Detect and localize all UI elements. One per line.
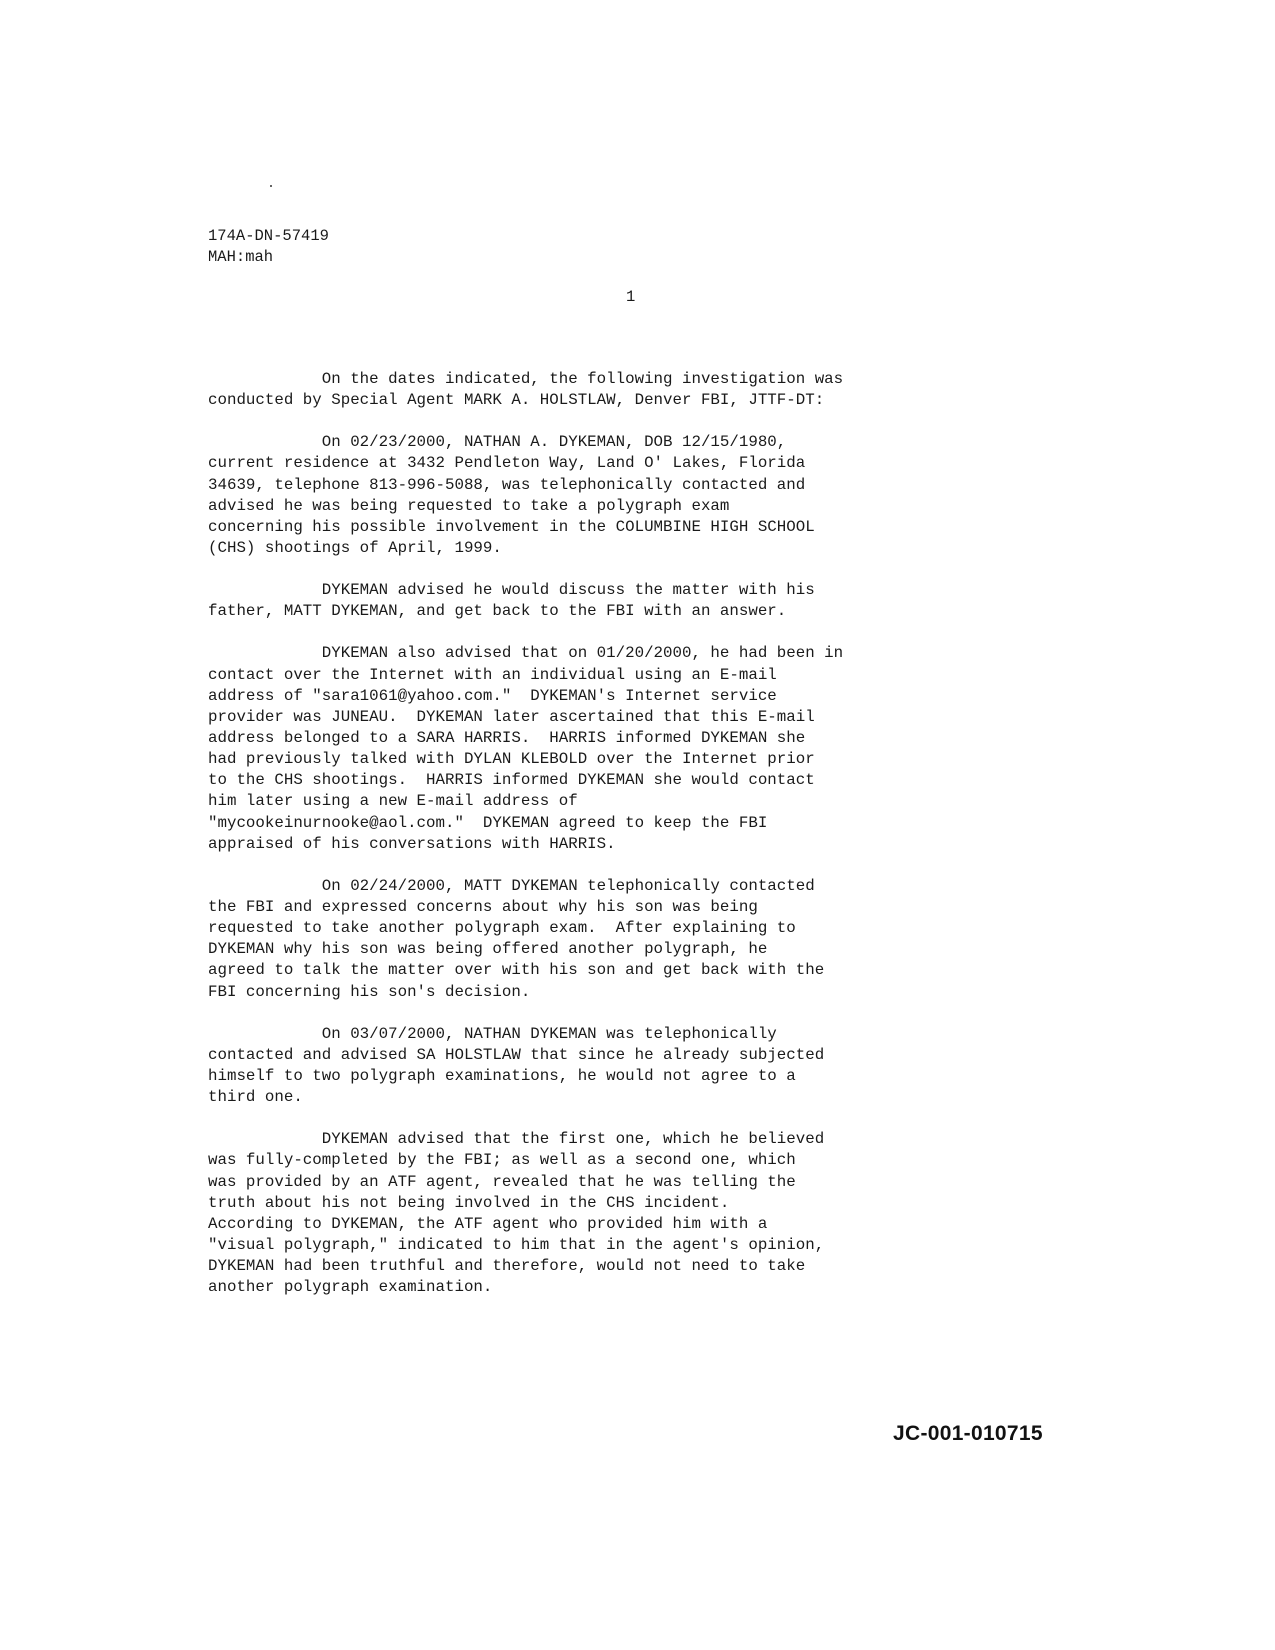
document-page: 174A-DN-57419 MAH:mah 1 On the dates ind… <box>0 0 1275 1650</box>
text-line: requested to take another polygraph exam… <box>208 918 1088 939</box>
text-line: father, MATT DYKEMAN, and get back to th… <box>208 601 1088 622</box>
paragraph: On 02/23/2000, NATHAN A. DYKEMAN, DOB 12… <box>208 432 1088 559</box>
paragraph: DYKEMAN advised that the first one, whic… <box>208 1129 1088 1298</box>
text-line: "mycookeinurnooke@aol.com." DYKEMAN agre… <box>208 813 1088 834</box>
text-line: agreed to talk the matter over with his … <box>208 960 1088 981</box>
text-line: conducted by Special Agent MARK A. HOLST… <box>208 390 1088 411</box>
text-line: third one. <box>208 1087 1088 1108</box>
text-line: According to DYKEMAN, the ATF agent who … <box>208 1214 1088 1235</box>
text-line: had previously talked with DYLAN KLEBOLD… <box>208 749 1088 770</box>
document-body: On the dates indicated, the following in… <box>208 369 1088 1319</box>
text-line: him later using a new E-mail address of <box>208 791 1088 812</box>
text-line: FBI concerning his son's decision. <box>208 982 1088 1003</box>
text-line: DYKEMAN had been truthful and therefore,… <box>208 1256 1088 1277</box>
text-line: was fully-completed by the FBI; as well … <box>208 1150 1088 1171</box>
page-number: 1 <box>626 288 635 306</box>
text-line: DYKEMAN also advised that on 01/20/2000,… <box>208 643 1088 664</box>
text-line: appraised of his conversations with HARR… <box>208 834 1088 855</box>
text-line: current residence at 3432 Pendleton Way,… <box>208 453 1088 474</box>
text-line: (CHS) shootings of April, 1999. <box>208 538 1088 559</box>
text-line: advised he was being requested to take a… <box>208 496 1088 517</box>
text-line: to the CHS shootings. HARRIS informed DY… <box>208 770 1088 791</box>
text-line: address of "sara1061@yahoo.com." DYKEMAN… <box>208 686 1088 707</box>
text-line: DYKEMAN advised he would discuss the mat… <box>208 580 1088 601</box>
author-initials: MAH:mah <box>208 247 329 268</box>
text-line: contacted and advised SA HOLSTLAW that s… <box>208 1045 1088 1066</box>
paragraph: On 03/07/2000, NATHAN DYKEMAN was teleph… <box>208 1024 1088 1109</box>
text-line: another polygraph examination. <box>208 1277 1088 1298</box>
text-line: On 03/07/2000, NATHAN DYKEMAN was teleph… <box>208 1024 1088 1045</box>
text-line: DYKEMAN advised that the first one, whic… <box>208 1129 1088 1150</box>
text-line: On 02/24/2000, MATT DYKEMAN telephonical… <box>208 876 1088 897</box>
bates-number: JC-001-010715 <box>893 1422 1043 1446</box>
text-line: address belonged to a SARA HARRIS. HARRI… <box>208 728 1088 749</box>
scan-speck <box>270 185 272 187</box>
paragraph: DYKEMAN advised he would discuss the mat… <box>208 580 1088 622</box>
text-line: contact over the Internet with an indivi… <box>208 665 1088 686</box>
text-line: On the dates indicated, the following in… <box>208 369 1088 390</box>
text-line: was provided by an ATF agent, revealed t… <box>208 1172 1088 1193</box>
text-line: On 02/23/2000, NATHAN A. DYKEMAN, DOB 12… <box>208 432 1088 453</box>
paragraph: On the dates indicated, the following in… <box>208 369 1088 411</box>
text-line: himself to two polygraph examinations, h… <box>208 1066 1088 1087</box>
text-line: "visual polygraph," indicated to him tha… <box>208 1235 1088 1256</box>
text-line: provider was JUNEAU. DYKEMAN later ascer… <box>208 707 1088 728</box>
file-number: 174A-DN-57419 <box>208 226 329 247</box>
text-line: the FBI and expressed concerns about why… <box>208 897 1088 918</box>
paragraph: On 02/24/2000, MATT DYKEMAN telephonical… <box>208 876 1088 1003</box>
text-line: concerning his possible involvement in t… <box>208 517 1088 538</box>
text-line: DYKEMAN why his son was being offered an… <box>208 939 1088 960</box>
paragraph: DYKEMAN also advised that on 01/20/2000,… <box>208 643 1088 854</box>
text-line: truth about his not being involved in th… <box>208 1193 1088 1214</box>
text-line: 34639, telephone 813-996-5088, was telep… <box>208 475 1088 496</box>
file-header: 174A-DN-57419 MAH:mah <box>208 226 329 268</box>
